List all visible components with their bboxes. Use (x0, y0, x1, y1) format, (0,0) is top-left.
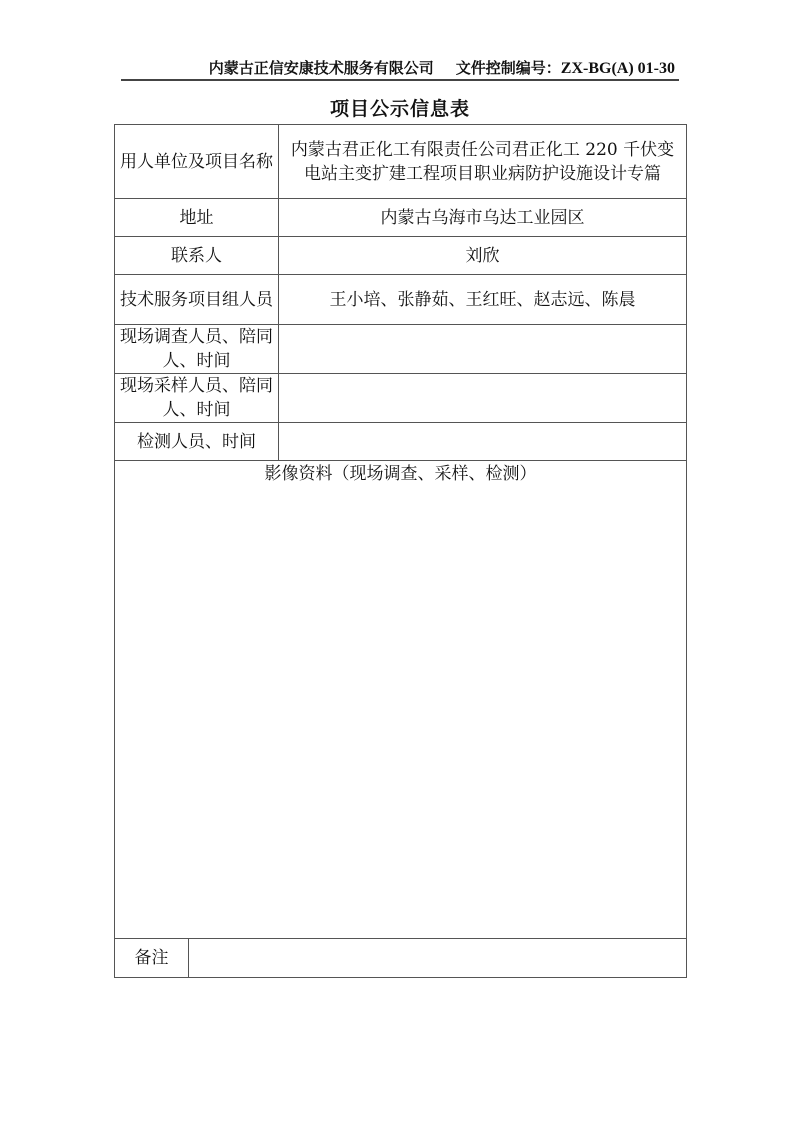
contact-value: 刘欣 (279, 237, 687, 275)
address-label: 地址 (115, 199, 279, 237)
team-value: 王小培、张静茹、王红旺、赵志远、陈晨 (279, 275, 687, 325)
row-sampling: 现场采样人员、陪同人、时间 (115, 374, 687, 423)
row-project: 用人单位及项目名称 内蒙古君正化工有限责任公司君正化工 220 千伏变电站主变扩… (115, 125, 687, 199)
remarks-section: 备注 (115, 939, 687, 978)
survey-value (279, 325, 687, 374)
document-title: 项目公示信息表 (0, 96, 800, 122)
row-address: 地址 内蒙古乌海市乌达工业园区 (115, 199, 687, 237)
row-team: 技术服务项目组人员 王小培、张静茹、王红旺、赵志远、陈晨 (115, 275, 687, 325)
team-label: 技术服务项目组人员 (115, 275, 279, 325)
company-name: 内蒙古正信安康技术服务有限公司 (209, 59, 434, 77)
sampling-label: 现场采样人员、陪同人、时间 (115, 374, 279, 423)
project-info-table: 用人单位及项目名称 内蒙古君正化工有限责任公司君正化工 220 千伏变电站主变扩… (114, 124, 687, 978)
project-value: 内蒙古君正化工有限责任公司君正化工 220 千伏变电站主变扩建工程项目职业病防护… (279, 125, 687, 199)
row-remarks: 备注 (115, 939, 687, 978)
row-testing: 检测人员、时间 (115, 423, 687, 461)
survey-label: 现场调查人员、陪同人、时间 (115, 325, 279, 374)
row-images: 影像资料（现场调查、采样、检测） (115, 461, 687, 939)
project-label: 用人单位及项目名称 (115, 125, 279, 199)
sampling-value (279, 374, 687, 423)
address-value: 内蒙古乌海市乌达工业园区 (279, 199, 687, 237)
images-label: 影像资料（现场调查、采样、检测） (265, 464, 537, 484)
images-section: 影像资料（现场调查、采样、检测） (115, 461, 687, 939)
remarks-value (189, 939, 686, 977)
file-code-label: 文件控制编号： (456, 59, 561, 77)
remarks-label: 备注 (115, 939, 189, 977)
testing-label: 检测人员、时间 (115, 423, 279, 461)
testing-value (279, 423, 687, 461)
row-contact: 联系人 刘欣 (115, 237, 687, 275)
row-survey: 现场调查人员、陪同人、时间 (115, 325, 687, 374)
contact-label: 联系人 (115, 237, 279, 275)
page-header: 内蒙古正信安康技术服务有限公司文件控制编号：ZX-BG(A) 01-30 (121, 57, 679, 81)
file-code-value: ZX-BG(A) 01-30 (561, 60, 675, 77)
